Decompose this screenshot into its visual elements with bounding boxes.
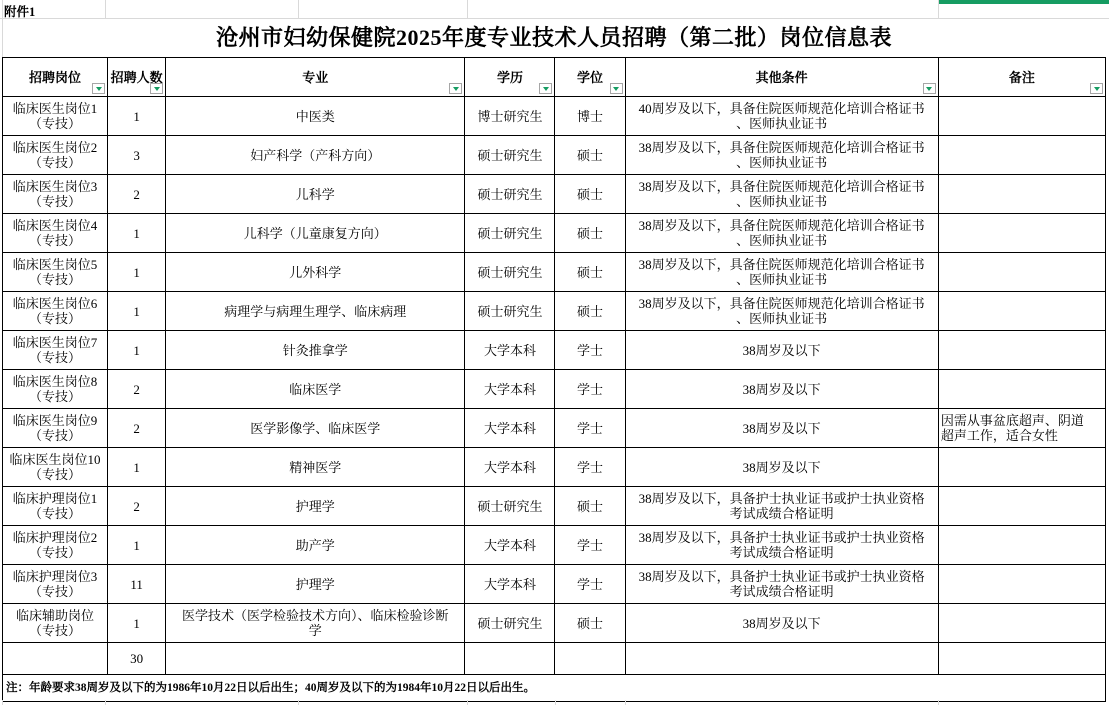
- table-row: 临床护理岗位2 （专技）1助产学大学本科学士38周岁及以下，具备护士执业证书或护…: [3, 526, 1106, 565]
- cell-major[interactable]: 儿科学（儿童康复方向）: [166, 214, 465, 253]
- cell-degree[interactable]: 学士: [555, 409, 625, 448]
- cell-major[interactable]: 护理学: [166, 487, 465, 526]
- column-header-education[interactable]: 学历: [465, 58, 555, 97]
- total-row: 30: [3, 643, 1106, 675]
- cell-position[interactable]: 临床护理岗位3 （专技）: [3, 565, 108, 604]
- cell-major[interactable]: 针灸推拿学: [166, 331, 465, 370]
- column-header-label: 备注: [1009, 70, 1035, 85]
- table-row: 临床医生岗位4 （专技）1儿科学（儿童康复方向）硕士研究生硕士38周岁及以下，具…: [3, 214, 1106, 253]
- table-row: 临床医生岗位9 （专技）2医学影像学、临床医学大学本科学士38周岁及以下因需从事…: [3, 409, 1106, 448]
- cell-count[interactable]: 30: [108, 643, 166, 675]
- cell-major[interactable]: 妇产科学（产科方向）: [166, 136, 465, 175]
- table-row: 临床医生岗位2 （专技）3妇产科学（产科方向）硕士研究生硕士38周岁及以下，具备…: [3, 136, 1106, 175]
- spreadsheet: 附件1 沧州市妇幼保健院2025年度专业技术人员招聘（第二批）岗位信息表 招聘岗…: [0, 0, 1109, 705]
- dropdown-arrow-icon: [96, 87, 102, 91]
- cell-remark[interactable]: [938, 331, 1105, 370]
- cell-conditions[interactable]: 38周岁及以下: [625, 448, 938, 487]
- cell-major[interactable]: 临床医学: [166, 370, 465, 409]
- cell-position[interactable]: 临床医生岗位1 （专技）: [3, 97, 108, 136]
- cell-position[interactable]: 临床护理岗位1 （专技）: [3, 487, 108, 526]
- cell-position[interactable]: 临床医生岗位8 （专技）: [3, 370, 108, 409]
- gridline: [298, 0, 299, 18]
- dropdown-arrow-icon: [926, 87, 932, 91]
- cell-conditions[interactable]: 38周岁及以下，具备住院医师规范化培训合格证书 、医师执业证书: [625, 214, 938, 253]
- column-header-count[interactable]: 招聘人数: [108, 58, 166, 97]
- cell-remark[interactable]: [938, 487, 1105, 526]
- cell-major[interactable]: [166, 643, 465, 675]
- cell-education[interactable]: 硕士研究生: [465, 487, 555, 526]
- cell-education[interactable]: 大学本科: [465, 448, 555, 487]
- table-row: 临床医生岗位10 （专技）1精神医学大学本科学士38周岁及以下: [3, 448, 1106, 487]
- filter-button-position[interactable]: [92, 83, 105, 94]
- cell-remark[interactable]: [938, 175, 1105, 214]
- table-row: 临床医生岗位8 （专技）2临床医学大学本科学士38周岁及以下: [3, 370, 1106, 409]
- gridline: [938, 700, 939, 705]
- cell-conditions[interactable]: 38周岁及以下: [625, 604, 938, 643]
- table-body: 临床医生岗位1 （专技）1中医类博士研究生博士40周岁及以下，具备住院医师规范化…: [3, 97, 1106, 702]
- selection-highlight-bar: [938, 0, 1109, 4]
- gridline: [467, 700, 468, 705]
- cell-degree[interactable]: 学士: [555, 565, 625, 604]
- cell-conditions[interactable]: 38周岁及以下，具备护士执业证书或护士执业资格 考试成绩合格证明: [625, 487, 938, 526]
- cell-count[interactable]: 1: [108, 214, 166, 253]
- cell-remark[interactable]: [938, 253, 1105, 292]
- cell-remark[interactable]: [938, 643, 1105, 675]
- cell-education[interactable]: 硕士研究生: [465, 604, 555, 643]
- cell-degree[interactable]: 硕士: [555, 604, 625, 643]
- filter-button-education[interactable]: [539, 83, 552, 94]
- filter-button-degree[interactable]: [610, 83, 623, 94]
- cell-position[interactable]: 临床医生岗位10 （专技）: [3, 448, 108, 487]
- cell-degree[interactable]: 硕士: [555, 292, 625, 331]
- filter-button-remark[interactable]: [1090, 83, 1103, 94]
- cell-education[interactable]: 硕士研究生: [465, 175, 555, 214]
- cell-remark[interactable]: [938, 97, 1105, 136]
- table-row: 临床医生岗位3 （专技）2儿科学硕士研究生硕士38周岁及以下，具备住院医师规范化…: [3, 175, 1106, 214]
- dropdown-arrow-icon: [543, 87, 549, 91]
- column-header-position[interactable]: 招聘岗位: [3, 58, 108, 97]
- dropdown-arrow-icon: [154, 87, 160, 91]
- cell-remark[interactable]: [938, 565, 1105, 604]
- cell-remark[interactable]: [938, 214, 1105, 253]
- cell-major[interactable]: 儿外科学: [166, 253, 465, 292]
- table-row: 临床医生岗位7 （专技）1针灸推拿学大学本科学士38周岁及以下: [3, 331, 1106, 370]
- cell-education[interactable]: 大学本科: [465, 565, 555, 604]
- cell-count[interactable]: 1: [108, 604, 166, 643]
- cell-conditions[interactable]: 38周岁及以下，具备住院医师规范化培训合格证书 、医师执业证书: [625, 292, 938, 331]
- gridline: [2, 700, 3, 705]
- cell-major[interactable]: 中医类: [166, 97, 465, 136]
- cell-degree[interactable]: 博士: [555, 97, 625, 136]
- cell-education[interactable]: 硕士研究生: [465, 136, 555, 175]
- cell-conditions[interactable]: 40周岁及以下，具备住院医师规范化培训合格证书 、医师执业证书: [625, 97, 938, 136]
- cell-conditions[interactable]: 38周岁及以下，具备住院医师规范化培训合格证书 、医师执业证书: [625, 136, 938, 175]
- column-header-degree[interactable]: 学位: [555, 58, 625, 97]
- cell-position[interactable]: 临床辅助岗位 （专技）: [3, 604, 108, 643]
- cell-count[interactable]: 11: [108, 565, 166, 604]
- column-header-label: 学位: [577, 70, 603, 85]
- column-header-label: 招聘岗位: [29, 70, 81, 85]
- column-header-remark[interactable]: 备注: [938, 58, 1105, 97]
- column-header-label: 专业: [302, 70, 328, 85]
- column-header-label: 学历: [497, 70, 523, 85]
- cell-remark[interactable]: [938, 292, 1105, 331]
- cell-conditions[interactable]: 38周岁及以下: [625, 409, 938, 448]
- table-row: 临床医生岗位6 （专技）1病理学与病理生理学、临床病理硕士研究生硕士38周岁及以…: [3, 292, 1106, 331]
- cell-count[interactable]: 1: [108, 97, 166, 136]
- gridline: [938, 0, 939, 18]
- cell-position[interactable]: 临床医生岗位6 （专技）: [3, 292, 108, 331]
- gridline: [105, 700, 106, 705]
- cell-conditions[interactable]: 38周岁及以下，具备住院医师规范化培训合格证书 、医师执业证书: [625, 253, 938, 292]
- age-note[interactable]: 注：年龄要求38周岁及以下的为1986年10月22日以后出生；40周岁及以下的为…: [3, 675, 1106, 702]
- cell-count[interactable]: 1: [108, 292, 166, 331]
- cell-degree[interactable]: 学士: [555, 331, 625, 370]
- cell-position[interactable]: 临床医生岗位4 （专技）: [3, 214, 108, 253]
- cell-degree[interactable]: 学士: [555, 448, 625, 487]
- cell-major[interactable]: 医学影像学、临床医学: [166, 409, 465, 448]
- cell-count[interactable]: 3: [108, 136, 166, 175]
- column-header-conditions[interactable]: 其他条件: [625, 58, 938, 97]
- gridline: [625, 700, 626, 705]
- cell-degree[interactable]: 硕士: [555, 487, 625, 526]
- cell-degree[interactable]: 学士: [555, 526, 625, 565]
- cell-education[interactable]: 大学本科: [465, 331, 555, 370]
- cell-major[interactable]: 医学技术（医学检验技术方向）、临床检验诊断 学: [166, 604, 465, 643]
- column-header-major[interactable]: 专业: [166, 58, 465, 97]
- table-row: 临床医生岗位5 （专技）1儿外科学硕士研究生硕士38周岁及以下，具备住院医师规范…: [3, 253, 1106, 292]
- gridline: [467, 0, 468, 18]
- dropdown-arrow-icon: [613, 87, 619, 91]
- cell-position[interactable]: 临床护理岗位2 （专技）: [3, 526, 108, 565]
- cell-degree[interactable]: [555, 643, 625, 675]
- cell-education[interactable]: 硕士研究生: [465, 214, 555, 253]
- cell-degree[interactable]: 硕士: [555, 175, 625, 214]
- cell-major[interactable]: 助产学: [166, 526, 465, 565]
- table-header: 招聘岗位招聘人数专业学历学位其他条件备注: [3, 58, 1106, 97]
- cell-conditions[interactable]: 38周岁及以下，具备护士执业证书或护士执业资格 考试成绩合格证明: [625, 565, 938, 604]
- filter-button-conditions[interactable]: [923, 83, 936, 94]
- cell-remark[interactable]: [938, 136, 1105, 175]
- cell-remark[interactable]: [938, 526, 1105, 565]
- cell-education[interactable]: 博士研究生: [465, 97, 555, 136]
- dropdown-arrow-icon: [453, 87, 459, 91]
- cell-major[interactable]: 儿科学: [166, 175, 465, 214]
- cell-count[interactable]: 2: [108, 409, 166, 448]
- note-row: 注：年龄要求38周岁及以下的为1986年10月22日以后出生；40周岁及以下的为…: [3, 675, 1106, 702]
- cell-conditions[interactable]: 38周岁及以下: [625, 331, 938, 370]
- table-row: 临床医生岗位1 （专技）1中医类博士研究生博士40周岁及以下，具备住院医师规范化…: [3, 97, 1106, 136]
- job-table: 招聘岗位招聘人数专业学历学位其他条件备注 临床医生岗位1 （专技）1中医类博士研…: [2, 57, 1106, 702]
- cell-position[interactable]: [3, 643, 108, 675]
- cell-education[interactable]: 硕士研究生: [465, 253, 555, 292]
- dropdown-arrow-icon: [1094, 87, 1100, 91]
- cell-major[interactable]: 精神医学: [166, 448, 465, 487]
- gridline: [555, 700, 556, 705]
- cell-remark[interactable]: [938, 370, 1105, 409]
- column-header-label: 其他条件: [756, 70, 808, 85]
- cell-education[interactable]: 硕士研究生: [465, 292, 555, 331]
- cell-major[interactable]: 病理学与病理生理学、临床病理: [166, 292, 465, 331]
- cell-position[interactable]: 临床医生岗位7 （专技）: [3, 331, 108, 370]
- cell-count[interactable]: 2: [108, 370, 166, 409]
- cell-conditions[interactable]: 38周岁及以下，具备护士执业证书或护士执业资格 考试成绩合格证明: [625, 526, 938, 565]
- cell-count[interactable]: 1: [108, 448, 166, 487]
- gridline: [105, 0, 106, 18]
- cell-position[interactable]: 临床医生岗位9 （专技）: [3, 409, 108, 448]
- table-row: 临床护理岗位3 （专技）11护理学大学本科学士38周岁及以下，具备护士执业证书或…: [3, 565, 1106, 604]
- cell-education[interactable]: 大学本科: [465, 370, 555, 409]
- cell-count[interactable]: 1: [108, 253, 166, 292]
- cell-degree[interactable]: 学士: [555, 370, 625, 409]
- cell-conditions[interactable]: 38周岁及以下: [625, 370, 938, 409]
- cell-conditions[interactable]: [625, 643, 938, 675]
- cell-position[interactable]: 临床医生岗位5 （专技）: [3, 253, 108, 292]
- cell-degree[interactable]: 硕士: [555, 214, 625, 253]
- cell-education[interactable]: [465, 643, 555, 675]
- cell-remark[interactable]: 因需从事盆底超声、阴道 超声工作，适合女性: [938, 409, 1105, 448]
- cell-education[interactable]: 大学本科: [465, 409, 555, 448]
- filter-button-count[interactable]: [150, 83, 163, 94]
- cell-position[interactable]: 临床医生岗位3 （专技）: [3, 175, 108, 214]
- cell-count[interactable]: 1: [108, 526, 166, 565]
- cell-count[interactable]: 2: [108, 487, 166, 526]
- cell-remark[interactable]: [938, 448, 1105, 487]
- cell-major[interactable]: 护理学: [166, 565, 465, 604]
- cell-education[interactable]: 大学本科: [465, 526, 555, 565]
- table-row: 临床护理岗位1 （专技）2护理学硕士研究生硕士38周岁及以下，具备护士执业证书或…: [3, 487, 1106, 526]
- table-title[interactable]: 沧州市妇幼保健院2025年度专业技术人员招聘（第二批）岗位信息表: [2, 18, 1106, 57]
- cell-degree[interactable]: 硕士: [555, 253, 625, 292]
- header-row: 招聘岗位招聘人数专业学历学位其他条件备注: [3, 58, 1106, 97]
- cell-degree[interactable]: 硕士: [555, 136, 625, 175]
- cell-position[interactable]: 临床医生岗位2 （专技）: [3, 136, 108, 175]
- gridline: [298, 700, 299, 705]
- cell-count[interactable]: 1: [108, 331, 166, 370]
- table-row: 临床辅助岗位 （专技）1医学技术（医学检验技术方向）、临床检验诊断 学硕士研究生…: [3, 604, 1106, 643]
- cell-count[interactable]: 2: [108, 175, 166, 214]
- filter-button-major[interactable]: [449, 83, 462, 94]
- cell-remark[interactable]: [938, 604, 1105, 643]
- cell-conditions[interactable]: 38周岁及以下，具备住院医师规范化培训合格证书 、医师执业证书: [625, 175, 938, 214]
